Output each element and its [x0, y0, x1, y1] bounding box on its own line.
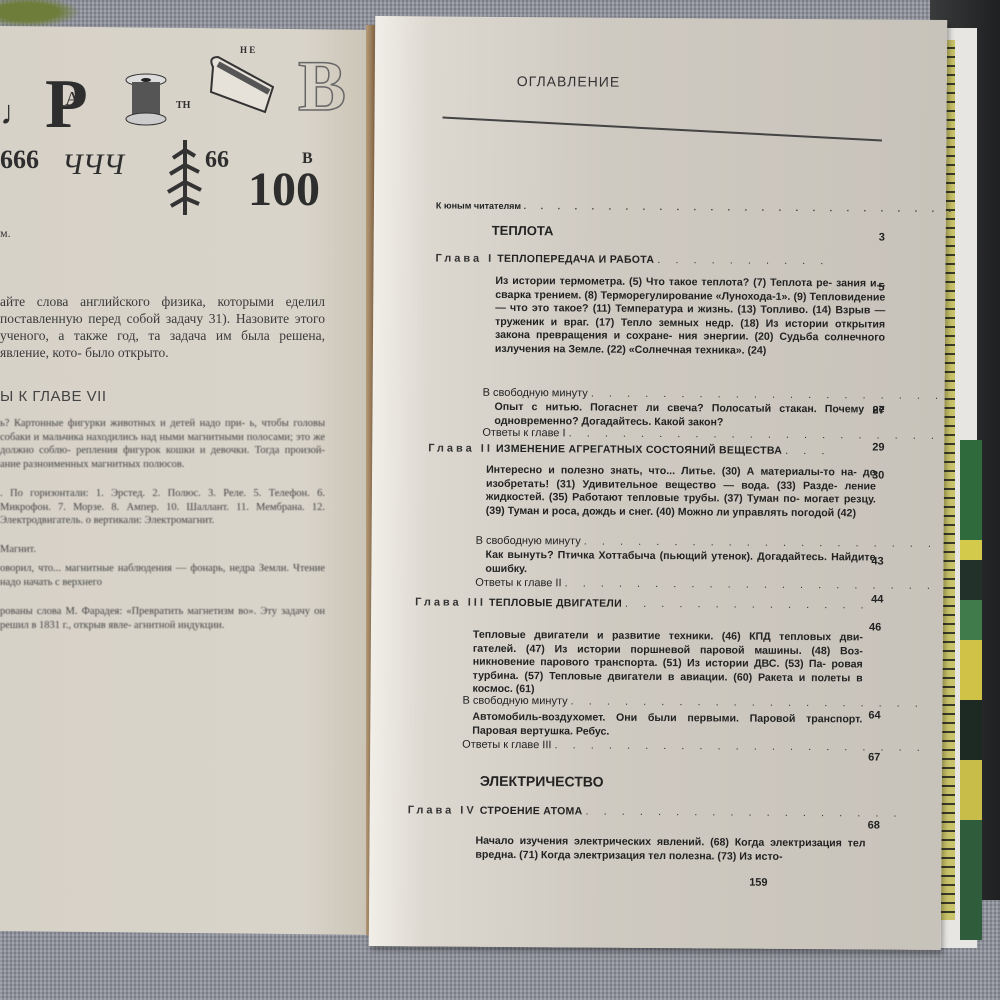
leader-dots: . . . . . . . . . . . . . . . . . . . .	[591, 388, 944, 402]
rebus-number-100: 100	[248, 162, 320, 217]
table-of-contents: ОГЛАВЛЕНИЕ К юным читателям . . . . . . …	[369, 16, 947, 950]
chapter-label: Глава III	[415, 596, 486, 608]
chapter-label: Глава II	[428, 442, 493, 454]
toc-page-number: 46	[869, 621, 881, 633]
toc-entry-intro: К юным читателям . . . . . . . . . . . .…	[436, 200, 957, 214]
toc-page-number: 44	[871, 593, 883, 605]
fragment-letter: м.	[0, 225, 325, 242]
leader-dots: . . . . . . . . . . . . . . . . . . . .	[571, 695, 924, 709]
magnet-icon	[203, 52, 278, 132]
toc-page-number: 67	[868, 751, 880, 763]
toc-free-time: В свободную минуту . . . . . . . . . . .…	[462, 695, 923, 710]
page-number: 159	[749, 877, 767, 889]
toc-chapter-4: Глава IV СТРОЕНИЕ АТОМА . . . . . . . . …	[408, 804, 903, 819]
toc-title: ОГЛАВЛЕНИЕ	[517, 73, 621, 90]
toc-free-time: В свободную минуту . . . . . . . . . . .…	[483, 387, 944, 402]
spool-icon	[124, 72, 169, 132]
leader-dots: . . . . . . . . . . . . . . . . . . . . …	[524, 201, 958, 214]
answer-paragraph-1: ь? Картонные фигурки животных и детей на…	[0, 417, 325, 471]
toc-entry-label: В свободную минуту	[476, 535, 581, 548]
chapter-summary: Интересно и полезно знать, что... Литье.…	[486, 464, 876, 521]
toc-answers: Ответы к главе I . . . . . . . . . . . .…	[482, 427, 940, 442]
leader-dots: . . . . . . . . . . . . . .	[625, 598, 870, 612]
toc-entry-label: К юным читателям	[436, 200, 521, 211]
toc-chapter-1: Глава I ТЕПЛОПЕРЕДАЧА И РАБОТА . . . . .…	[436, 252, 830, 267]
free-time-summary: Как вынуть? Птичка Хоттабыча (пьющий уте…	[485, 549, 875, 579]
toc-entry-label: Ответы к главе II	[475, 577, 561, 590]
toc-entry-label: Ответы к главе III	[462, 739, 551, 752]
leader-dots: . . . . . . . . . . . . . . . . . . . . …	[569, 427, 940, 442]
toc-page-number: 29	[872, 441, 884, 453]
answer-paragraph-4: оворил, что... магнитные наблюдения — фо…	[0, 562, 325, 589]
section-heading-heat: ТЕПЛОТА	[492, 223, 554, 238]
toc-page-number: 68	[868, 819, 880, 831]
answer-paragraph-5: рованы слова М. Фарадея: «Превратить маг…	[0, 605, 325, 632]
chapter-summary: Начало изучения электрических явлений. (…	[475, 835, 865, 865]
toc-chapter-3: Глава III ТЕПЛОВЫЕ ДВИГАТЕЛИ . . . . . .…	[415, 596, 869, 611]
rebus-puzzle: ♩ P A ТН Н Е В 666 ЧЧЧ 66 В 100	[0, 40, 360, 220]
cover-pattern-colored	[960, 440, 982, 940]
chapter-title: ТЕПЛОПЕРЕДАЧА И РАБОТА	[497, 253, 654, 266]
puzzle-question-text: айте слова английского физика, которыми …	[0, 293, 325, 361]
section-heading-electricity: ЭЛЕКТРИЧЕСТВО	[480, 773, 604, 790]
toc-page-number: 3	[879, 232, 885, 244]
leader-dots: . . .	[785, 445, 830, 457]
toc-chapter-2: Глава II ИЗМЕНЕНИЕ АГРЕГАТНЫХ СОСТОЯНИЙ …	[428, 442, 830, 457]
toc-free-time: В свободную минуту . . . . . . . . . . .…	[476, 535, 937, 550]
answer-paragraph-2: . По горизонтали: 1. Эрстед. 2. Полюс. 3…	[0, 487, 325, 528]
chapter-label: Глава IV	[408, 804, 477, 816]
leader-dots: . . . . . . . . . . . . . . . . . .	[586, 806, 903, 820]
toc-entry-label: В свободную минуту	[483, 387, 588, 400]
chapter-summary: Тепловые двигатели и развитие техники. (…	[473, 629, 863, 700]
toc-answers: Ответы к главе II . . . . . . . . . . . …	[475, 577, 936, 592]
toc-page-number: 64	[868, 709, 880, 721]
toc-entry-label: Ответы к главе I	[482, 427, 565, 440]
rebus-letter-a: A	[65, 88, 79, 111]
rebus-letter-v-dotted: В	[298, 45, 346, 128]
answers-heading: Ы К ГЛАВЕ VII	[0, 388, 107, 405]
toc-divider	[443, 116, 882, 141]
rebus-letters-ne: Н Е	[240, 45, 255, 55]
toc-answers: Ответы к главе III . . . . . . . . . . .…	[462, 739, 926, 754]
chapter-title: ТЕПЛОВЫЕ ДВИГАТЕЛИ	[489, 597, 622, 610]
leader-dots: . . . . . . . . . .	[657, 254, 829, 267]
toc-entry-label: В свободную минуту	[462, 695, 567, 708]
rebus-letters-ch: ЧЧЧ	[62, 148, 124, 182]
chapter-summary: Из истории термометра. (5) Что такое теп…	[495, 275, 886, 359]
leader-dots: . . . . . . . . . . . . . . . . . . . . …	[565, 577, 936, 592]
chapter-title: СТРОЕНИЕ АТОМА	[480, 805, 583, 818]
answer-paragraph-3: Магнит.	[0, 543, 325, 557]
rebus-letters-th: ТН	[176, 100, 190, 111]
leader-dots: . . . . . . . . . . . . . . . . . . . .	[584, 535, 937, 549]
rebus-quote-marks: 66	[205, 147, 229, 174]
fir-tree-icon	[165, 140, 205, 220]
rebus-commas: 666	[0, 145, 39, 175]
chapter-label: Глава I	[436, 252, 495, 264]
chapter-title: ИЗМЕНЕНИЕ АГРЕГАТНЫХ СОСТОЯНИЙ ВЕЩЕСТВА	[496, 443, 782, 457]
free-time-summary: Автомобиль-воздухомет. Они были первыми.…	[472, 711, 862, 741]
music-note-icon: ♩	[0, 95, 34, 133]
